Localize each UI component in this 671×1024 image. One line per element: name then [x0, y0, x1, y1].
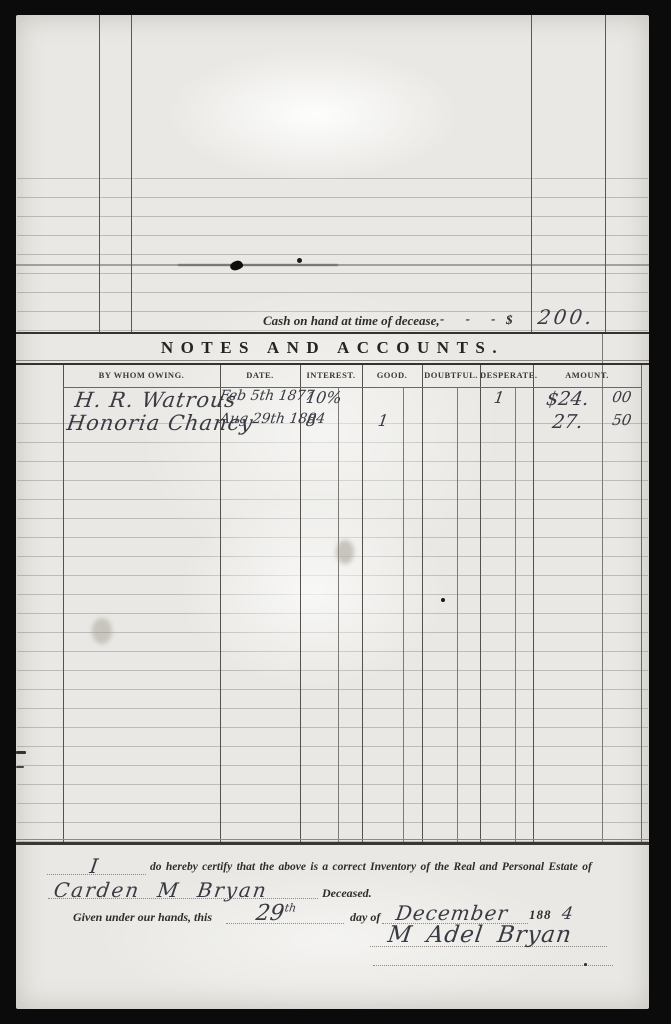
cell-doubtful [422, 388, 480, 411]
edge-mark [16, 751, 26, 754]
signature-line-blank [373, 965, 613, 966]
table-row: H. R. Watrous Feb 5th 1877 10% 1 $24. 00 [63, 388, 641, 411]
dollar-sign: $ [506, 312, 513, 328]
amount-dollars: $24. [531, 388, 603, 411]
cell-good [362, 388, 422, 411]
certify-text: do hereby certify that the above is a co… [150, 861, 592, 873]
column-header-desperate: DESPERATE. [480, 370, 533, 386]
cell-by-whom: H. R. Watrous [63, 388, 220, 411]
year-digit-handwritten: 4 [562, 904, 573, 924]
column-header-interest: INTEREST. [300, 370, 362, 386]
cell-by-whom: Honoria Chancy [63, 411, 220, 434]
blank-line [47, 874, 146, 875]
cell-desperate: 1 [480, 388, 533, 411]
amount-dollars: 27. [531, 411, 603, 434]
cell-interest: 10% [300, 388, 362, 411]
column-header-amount: AMOUNT. [533, 370, 641, 386]
given-under-hands-text: Given under our hands, this [73, 910, 212, 925]
name-line [48, 898, 318, 899]
ink-speck [441, 598, 445, 602]
paper-stain [336, 540, 354, 564]
column-header-doubtful: DOUBTFUL. [422, 370, 480, 386]
cash-amount-value: 200. [538, 305, 595, 329]
ruled-lines-body [17, 405, 648, 843]
cell-amount: $24. 00 [533, 388, 641, 411]
section-title: NOTES AND ACCOUNTS. [16, 338, 649, 358]
table-row: Honoria Chancy Aug 29th 1884 8 1 27. 50 [63, 411, 641, 434]
column-header-date: DATE. [220, 370, 300, 386]
cell-doubtful [422, 411, 480, 434]
amount-cents: 00 [600, 388, 642, 411]
cell-interest: 8 [300, 411, 362, 434]
signature: M Adel Bryan [388, 922, 572, 948]
ink-speck [297, 258, 302, 263]
column-header-good: GOOD. [362, 370, 422, 386]
day-of-label: day of [350, 910, 380, 925]
table-header-row: BY WHOM OWING. DATE. INTEREST. GOOD. DOU… [63, 366, 641, 386]
cell-amount: 27. 50 [533, 411, 641, 434]
edge-mark [16, 766, 24, 768]
deceased-label: Deceased. [322, 886, 372, 901]
amount-cents: 50 [600, 411, 642, 434]
paper-stain [92, 618, 112, 644]
scanned-document: Cash on hand at time of decease, - - - $… [0, 0, 671, 1024]
day-number-handwritten: 29th [256, 901, 296, 926]
column-header-by-whom-owing: BY WHOM OWING. [63, 370, 220, 386]
cell-good: 1 [362, 411, 422, 434]
year-printed: 188 [529, 907, 552, 923]
ink-speck [584, 963, 587, 966]
cell-desperate [480, 411, 533, 434]
fill-in-dashes: - - - [440, 311, 498, 327]
cash-on-hand-label: Cash on hand at time of decease, [263, 313, 440, 329]
fold-crease-dark-segment [178, 264, 338, 266]
